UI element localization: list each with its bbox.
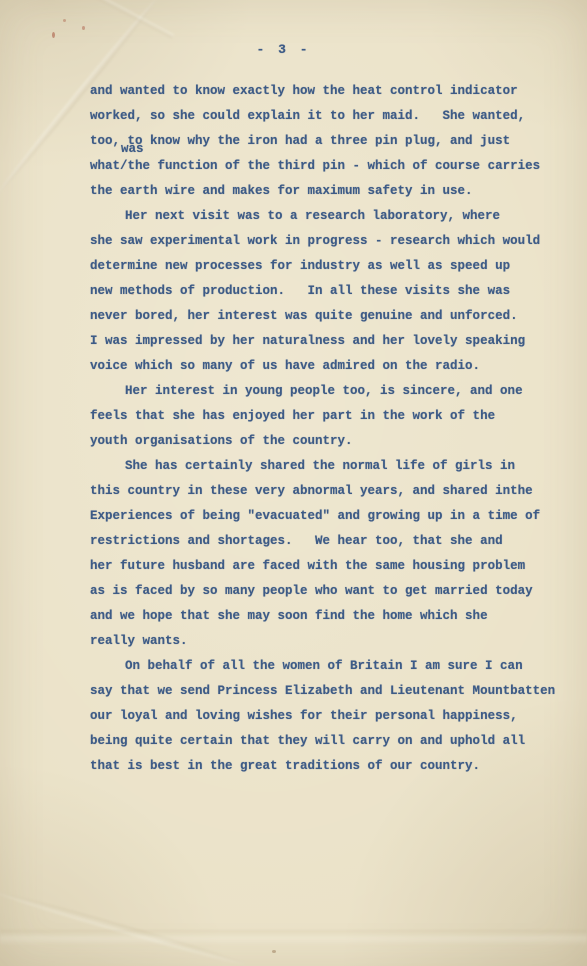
ink-speck (52, 32, 55, 38)
interlinear-insertion: was (121, 143, 144, 155)
document-line: Her interest in young people too, is sin… (90, 379, 580, 404)
document-line: On behalf of all the women of Britain I … (90, 654, 580, 679)
document-line: determine new processes for industry as … (90, 254, 580, 279)
document-page: - 3 - and wanted to know exactly how the… (0, 0, 587, 966)
document-line: being quite certain that they will carry… (90, 729, 580, 754)
document-line: and we hope that she may soon find the h… (90, 604, 580, 629)
ink-speck (272, 950, 276, 953)
document-line: too, to know why the iron had a three pi… (90, 129, 580, 154)
document-line: say that we send Princess Elizabeth and … (90, 679, 580, 704)
paragraph: She has certainly shared the normal life… (90, 454, 580, 654)
document-line: really wants. (90, 629, 580, 654)
ink-speck (82, 26, 85, 30)
paragraph: Her interest in young people too, is sin… (90, 379, 580, 454)
paper-crease (0, 888, 246, 966)
document-line: our loyal and loving wishes for their pe… (90, 704, 580, 729)
ink-speck (63, 19, 66, 22)
document-line: never bored, her interest was quite genu… (90, 304, 580, 329)
document-line: voice which so many of us have admired o… (90, 354, 580, 379)
document-line: She has certainly shared the normal life… (90, 454, 580, 479)
paragraph: On behalf of all the women of Britain I … (90, 654, 580, 779)
paragraph: and wanted to know exactly how the heat … (90, 79, 580, 204)
document-line: this country in these very abnormal year… (90, 479, 580, 504)
page-number: - 3 - (0, 42, 577, 57)
document-line: that is best in the great traditions of … (90, 754, 580, 779)
document-line: Her next visit was to a research laborat… (90, 204, 580, 229)
document-line: what/the function of the third pin - whi… (90, 154, 580, 179)
document-line: new methods of production. In all these … (90, 279, 580, 304)
paragraph: Her next visit was to a research laborat… (90, 204, 580, 379)
document-line: the earth wire and makes for maximum saf… (90, 179, 580, 204)
document-line: she saw experimental work in progress - … (90, 229, 580, 254)
document-line: her future husband are faced with the sa… (90, 554, 580, 579)
document-line: restrictions and shortages. We hear too,… (90, 529, 580, 554)
document-line: youth organisations of the country. (90, 429, 580, 454)
document-line: worked, so she could explain it to her m… (90, 104, 580, 129)
paper-crease (0, 930, 587, 946)
document-line: feels that she has enjoyed her part in t… (90, 404, 580, 429)
document-body: and wanted to know exactly how the heat … (90, 79, 580, 779)
document-line: I was impressed by her naturalness and h… (90, 329, 580, 354)
document-line: Experiences of being "evacuated" and gro… (90, 504, 580, 529)
document-line: as is faced by so many people who want t… (90, 579, 580, 604)
paper-crease (66, 0, 174, 39)
document-line: and wanted to know exactly how the heat … (90, 79, 580, 104)
